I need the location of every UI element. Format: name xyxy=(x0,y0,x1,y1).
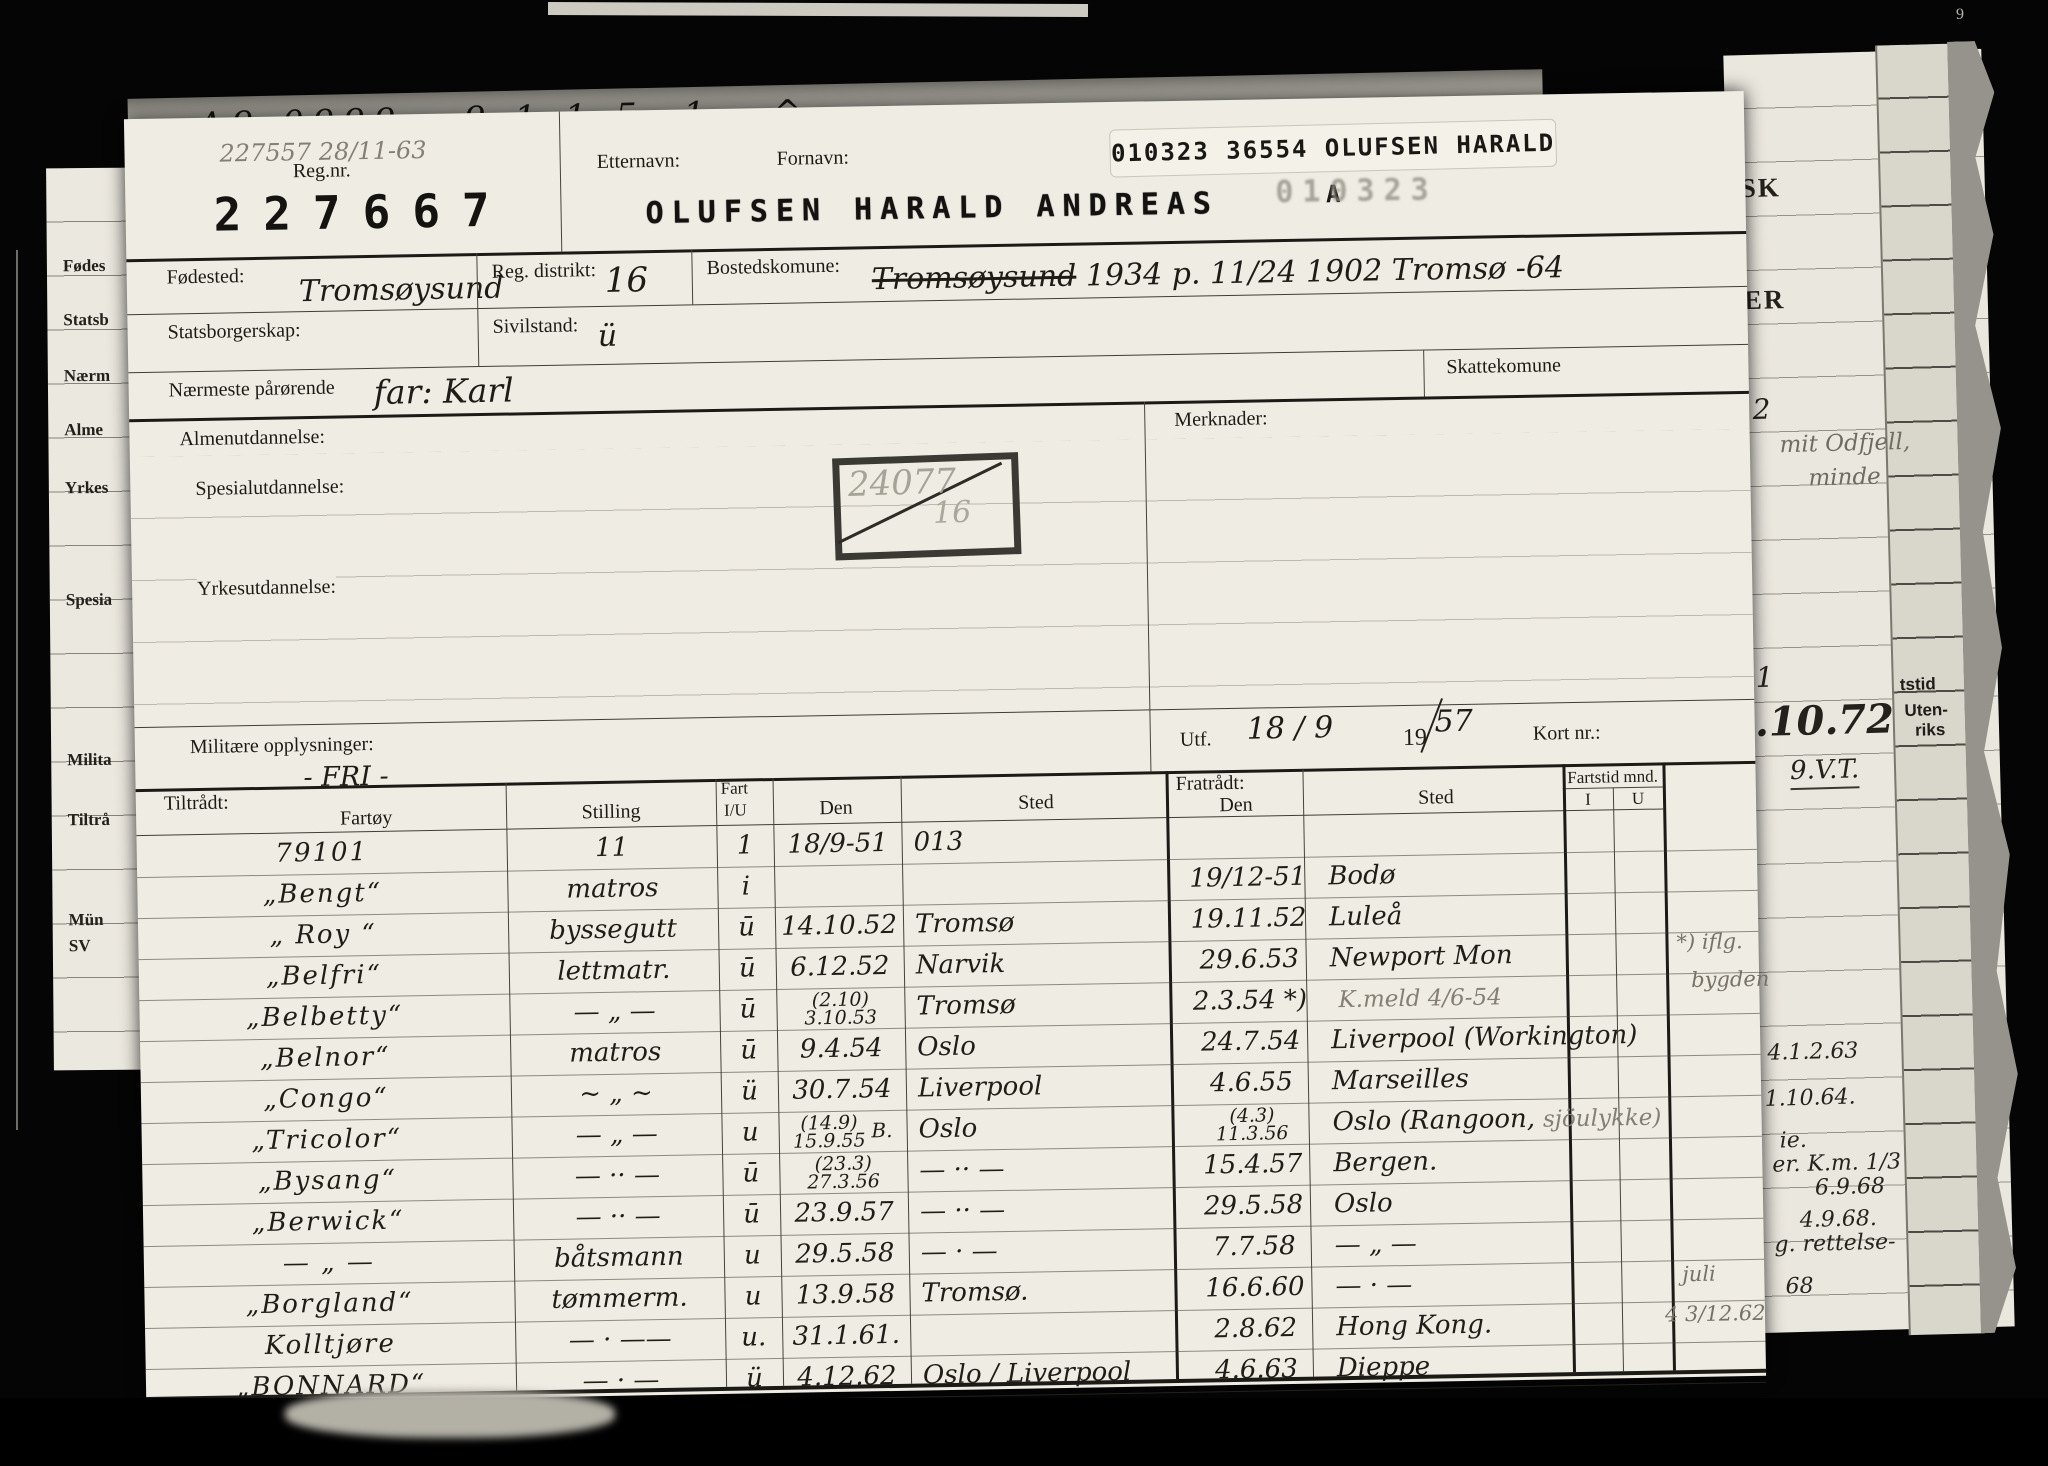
col-fartoy: Fartøy xyxy=(266,805,466,831)
cell-sted: Tromsø. xyxy=(909,1270,1187,1315)
cell-sted: Liverpool xyxy=(906,1065,1184,1110)
naermeste-label: Nærmeste pårørende xyxy=(168,377,334,403)
cell-den: 23.9.57 xyxy=(780,1193,909,1235)
cell-stilling: — ·· — xyxy=(513,1196,724,1240)
sivilstand-value: ü xyxy=(597,319,617,354)
cell-stilling: — „ — xyxy=(509,991,720,1035)
scan-artifact-blob xyxy=(285,1390,615,1438)
bostedskomune-label: Bostedskomune: xyxy=(706,255,840,280)
cell-sted: 013 xyxy=(901,819,1179,864)
cell-fartstid-i xyxy=(1590,975,1641,1016)
cell-den: 14.10.52 xyxy=(775,906,904,948)
cell-fartoy: Kolltjøre xyxy=(145,1323,516,1369)
margin-date-note: 6.9.68 xyxy=(1815,1174,1886,1201)
cell-fartstid-i xyxy=(1595,1262,1646,1303)
cell-fartstid-u xyxy=(1638,851,1689,892)
cell-fratradt-den: 2.8.62 xyxy=(1187,1308,1325,1350)
cell-fratradt-den: 29.5.58 xyxy=(1185,1185,1323,1227)
cell-fratradt-sted: — · — xyxy=(1323,1263,1596,1308)
etternavn-label: Etternavn: xyxy=(597,150,681,174)
margin-date-note: 4.1.2.63 xyxy=(1767,1038,1859,1065)
col-fart-iu: I/U xyxy=(724,800,747,820)
cell-den: 30.7.54 xyxy=(778,1070,907,1112)
col-u: U xyxy=(1613,788,1663,809)
handwritten-date: .10.72 xyxy=(1754,695,1894,746)
cell-fartstid-i xyxy=(1596,1303,1647,1344)
cell-fartstid-i xyxy=(1591,1016,1642,1057)
cell-fratradt-den: 2.3.54 *) xyxy=(1181,981,1319,1023)
page-edge-line xyxy=(16,250,18,1130)
naermeste-value: far: Karl xyxy=(373,370,514,411)
cell-fart: u xyxy=(724,1277,782,1318)
underlying-card-label: Tiltrå xyxy=(68,810,110,830)
cell-sted: Oslo xyxy=(906,1106,1184,1151)
cell-fratradt-den: 4.6.63 xyxy=(1188,1349,1326,1391)
underlying-card-right: tstidUten-riks SKER21mit Odfjell,minde.1… xyxy=(1723,49,2014,1333)
cell-den: (23.3) 27.3.56 xyxy=(779,1152,908,1194)
cell-fratradt-den: 16.6.60 xyxy=(1186,1267,1324,1309)
margin-digit: 2 xyxy=(1752,392,1771,425)
merknader-label: Merknader: xyxy=(1174,407,1268,432)
kortnr-label: Kort nr.: xyxy=(1533,722,1601,746)
cell-fartoy: „Berwick“ xyxy=(143,1200,514,1246)
cell-fartoy: „Belnor“ xyxy=(140,1036,511,1082)
cell-sted xyxy=(910,1311,1188,1356)
cell-sted: Oslo / Liverpool xyxy=(911,1352,1189,1397)
cell-fartoy: 79101 xyxy=(136,831,507,877)
cell-fratradt-den: 4.6.55 xyxy=(1183,1063,1321,1105)
cell-fratradt-sted: — „ — xyxy=(1322,1222,1595,1267)
militaere-label: Militære opplysninger: xyxy=(190,733,374,759)
cell-fart: u xyxy=(721,1113,779,1154)
reg-distrikt-value: 16 xyxy=(604,260,648,301)
voyage-table: 7910111118/9-51013„Bengt“matrosi19/12-51… xyxy=(136,809,1766,1411)
cell-fartstid-u xyxy=(1639,892,1690,933)
pencil-note-odfjell: minde xyxy=(1808,464,1881,492)
cell-fartstid-u xyxy=(1643,1138,1694,1179)
cell-sted: — ·· — xyxy=(908,1188,1186,1233)
fratradt-label: Fratrådt: xyxy=(1175,772,1244,796)
cell-den: 31.1.61. xyxy=(782,1316,911,1358)
cell-fratradt-sted: Oslo (Rangoon,sjöulykke) xyxy=(1320,1099,1593,1144)
cut-stamp-letters: SK xyxy=(1740,172,1781,204)
cell-stilling: — · —— xyxy=(515,1319,726,1363)
col-stilling: Stilling xyxy=(526,799,696,825)
margin-date-note: g. rettelse- xyxy=(1774,1229,1896,1257)
cell-stilling: — „ — xyxy=(511,1114,722,1158)
pencil-margin-note: juli xyxy=(1682,1262,1716,1287)
almen-label: Almenutdannelse: xyxy=(179,426,325,452)
cell-fratradt-sted: Dieppe xyxy=(1325,1345,1598,1390)
underlying-card-label: Spesia xyxy=(66,590,112,610)
rule xyxy=(129,391,1749,422)
col-i: I xyxy=(1563,789,1613,810)
cancelled-stamp-box: 24077 16 xyxy=(832,452,1021,560)
cell-fratradt-sted: Liverpool (Workington) xyxy=(1319,1017,1592,1062)
cell-fartstid-i xyxy=(1589,893,1640,934)
fornavn-label: Fornavn: xyxy=(777,147,850,171)
cell-den: 13.9.58 xyxy=(781,1275,910,1317)
id-stamp: 010323 36554 OLUFSEN HARALD A xyxy=(1109,119,1557,178)
cell-fartstid-u xyxy=(1642,1097,1693,1138)
cell-fratradt-den: 29.6.53 xyxy=(1180,940,1318,982)
cell-fart: ū xyxy=(723,1195,781,1236)
tiltradt-label: Tiltrådt: xyxy=(164,792,229,816)
cell-fratradt-den xyxy=(1178,817,1316,859)
cell-stilling: byssegutt xyxy=(508,909,719,953)
cell-den xyxy=(774,865,903,907)
col-fr-sted: Sted xyxy=(1366,785,1506,810)
cell-fart: ū xyxy=(720,1031,778,1072)
cell-fart: ü xyxy=(726,1359,784,1400)
paper-edge-sliver xyxy=(548,2,1088,17)
cell-fart: ū xyxy=(722,1154,780,1195)
cell-stilling: — ·· — xyxy=(512,1155,723,1199)
regnr-value-stamp: 227667 xyxy=(213,182,512,241)
cell-fratradt-den: 7.7.58 xyxy=(1185,1226,1323,1268)
cell-fart: ū xyxy=(718,949,776,990)
cell-fratradt-sted: K.meld 4/6-54 xyxy=(1318,976,1591,1021)
divider xyxy=(691,249,693,304)
utf-date: 18 / 9 xyxy=(1246,710,1333,747)
underlying-card-label: SV xyxy=(69,936,91,956)
cell-fartoy: „Tricolor“ xyxy=(141,1118,512,1164)
cell-fartstid-i xyxy=(1587,811,1638,852)
cell-fartstid-u xyxy=(1644,1179,1695,1220)
col-den: Den xyxy=(796,796,876,820)
seaman-register-card: 227557 28/11-63 Reg.nr. 227667 Etternavn… xyxy=(124,91,1766,1404)
cell-stilling: matros xyxy=(507,868,718,912)
underlying-card-label: Nærm xyxy=(64,366,110,386)
col-fart: Fart xyxy=(721,778,749,798)
cell-fartstid-u xyxy=(1637,810,1688,851)
cell-den: (14.9) 15.9.55B. xyxy=(778,1111,907,1153)
underlying-card-label: Mün xyxy=(69,910,104,930)
regnr-label: Reg.nr. xyxy=(293,159,351,183)
cell-fratradt-den: (4.3) 11.3.56 xyxy=(1183,1104,1321,1146)
cell-fartoy: „Bysang“ xyxy=(142,1159,513,1205)
cell-fart: ū xyxy=(719,990,777,1031)
strip-column-label: tstid xyxy=(1900,674,1936,695)
cell-fartstid-i xyxy=(1588,852,1639,893)
cell-fartstid-i xyxy=(1593,1139,1644,1180)
col-sted: Sted xyxy=(966,790,1106,815)
cell-den: 18/9-51 xyxy=(773,824,902,866)
cell-stilling: båtsmann xyxy=(514,1237,725,1281)
utf-year-hand: 57 xyxy=(1434,704,1473,740)
cell-sted: Tromsø xyxy=(903,901,1181,946)
cell-fartstid-i xyxy=(1589,934,1640,975)
pencil-note-odfjell: mit Odfjell, xyxy=(1779,429,1910,458)
margin-date-note: ie. xyxy=(1779,1128,1807,1154)
cell-stilling: matros xyxy=(510,1032,721,1076)
cell-stilling: 11 xyxy=(506,827,717,871)
cell-den: 6.12.52 xyxy=(775,947,904,989)
strip-column-label: Uten- xyxy=(1904,700,1948,721)
cell-fartstid-u xyxy=(1644,1220,1695,1261)
cell-fartoy: „Borgland“ xyxy=(144,1282,515,1328)
header-divider xyxy=(559,112,562,252)
cell-fartstid-u xyxy=(1641,1015,1692,1056)
margin-digit: 1 xyxy=(1755,661,1774,694)
cell-fartstid-u xyxy=(1647,1343,1698,1384)
pencil-margin-note: bygden xyxy=(1691,967,1770,992)
cell-fartoy: — „ — xyxy=(144,1241,515,1287)
cell-sted: Narvik xyxy=(903,942,1181,987)
cell-fart: u. xyxy=(725,1318,783,1359)
cell-den: 4.12.62 xyxy=(783,1357,912,1399)
cell-den: 29.5.58 xyxy=(780,1234,909,1276)
cell-fartstid-u xyxy=(1640,974,1691,1015)
divider xyxy=(1423,350,1425,397)
cell-fratradt-sted: Luleå xyxy=(1317,894,1590,939)
margin-date-note: 4.9.68. xyxy=(1800,1206,1878,1233)
cell-fratradt-den: 19.11.52 xyxy=(1180,899,1318,941)
cell-sted: — · — xyxy=(908,1229,1186,1274)
cell-fart: 1 xyxy=(716,826,774,867)
cell-sted: Oslo xyxy=(905,1024,1183,1069)
cell-den: (2.10) 3.10.53 xyxy=(776,988,905,1030)
underlying-card-label: Fødes xyxy=(63,256,106,276)
cell-fartoy: „Bengt“ xyxy=(137,872,508,918)
cell-sted: Tromsø xyxy=(904,983,1182,1028)
name-stamp: OLUFSEN HARALD ANDREAS xyxy=(645,186,1219,231)
skattekomune-label: Skattekomune xyxy=(1446,354,1561,379)
handwritten-initials: 9.V.T. xyxy=(1790,754,1860,790)
cell-fartstid-i xyxy=(1592,1057,1643,1098)
cell-fartstid-i xyxy=(1594,1221,1645,1262)
cell-fratradt-den: 15.4.57 xyxy=(1184,1144,1322,1186)
cell-fart: ü xyxy=(721,1072,779,1113)
cell-fart: ū xyxy=(718,908,776,949)
cell-den: 9.4.54 xyxy=(777,1029,906,1071)
col-fr-den: Den xyxy=(1186,793,1286,818)
cell-fartoy: „Congo“ xyxy=(141,1077,512,1123)
cell-fratradt-sted xyxy=(1315,812,1588,857)
divider xyxy=(476,253,479,366)
cell-fratradt-den: 19/12-51 xyxy=(1179,858,1317,900)
cell-fart: u xyxy=(724,1236,782,1277)
fodested-value: Tromsøysund xyxy=(299,271,504,310)
utf-label: Utf. xyxy=(1180,728,1212,752)
cell-fartstid-i xyxy=(1594,1180,1645,1221)
cell-sted: — ·· — xyxy=(907,1147,1185,1192)
margin-date-note: 68 xyxy=(1785,1274,1814,1300)
underlying-card-label: Statsb xyxy=(63,310,109,330)
cell-stilling: tømmerm. xyxy=(514,1278,725,1322)
cell-fartoy: „ Roy “ xyxy=(138,913,509,959)
cell-fratradt-sted: Newport Mon xyxy=(1317,935,1590,980)
stamp-box-number2: 16 xyxy=(932,495,971,531)
cell-fartoy: „Belfri“ xyxy=(139,954,510,1000)
pencil-margin-note: *) iflg. xyxy=(1676,929,1743,954)
cell-fartstid-i xyxy=(1597,1344,1648,1385)
cell-sted xyxy=(902,860,1180,905)
cell-fartstid-u xyxy=(1642,1056,1693,1097)
col-fartstid: Fartstid mnd. xyxy=(1562,766,1662,788)
scanned-register-card-page: A9 0999 · 9 1 1 5~1 · ^ · · · · FødesSta… xyxy=(0,0,2048,1466)
cell-fart: i xyxy=(717,867,775,908)
pencil-margin-note: 4 3/12.62 xyxy=(1665,1301,1766,1327)
underlying-card-label: Alme xyxy=(64,420,103,440)
cell-fartstid-i xyxy=(1592,1098,1643,1139)
cell-fratradt-sted: Bodø xyxy=(1316,853,1589,898)
cell-fratradt-sted: Bergen. xyxy=(1321,1140,1594,1185)
cell-fratradt-sted: Marseilles xyxy=(1320,1058,1593,1103)
cell-fratradt-sted: Hong Kong. xyxy=(1324,1304,1597,1349)
bostedskomune-struck: Tromsøysund xyxy=(872,259,1077,298)
fodested-label: Fødested: xyxy=(166,265,244,289)
strip-column-label: riks xyxy=(1915,720,1946,741)
id-stamp-faint: 010323 xyxy=(1275,172,1438,210)
margin-date-note: 1.10.64. xyxy=(1764,1084,1856,1111)
cell-fratradt-sted: Oslo xyxy=(1322,1181,1595,1226)
reg-distrikt-label: Reg. distrikt: xyxy=(491,259,596,284)
statsborgerskap-label: Statsborgerskap: xyxy=(167,319,300,344)
cell-stilling: lettmatr. xyxy=(509,950,720,994)
underlying-card-label: Yrkes xyxy=(65,478,109,498)
yrkes-label: Yrkesutdannelse: xyxy=(197,576,336,601)
cut-stamp-letters: ER xyxy=(1743,284,1785,316)
sivilstand-label: Sivilstand: xyxy=(492,314,578,338)
underlying-card-label: Milita xyxy=(67,750,112,770)
page-number: 9 xyxy=(1956,6,1964,24)
cell-fartoy: „Belbetty“ xyxy=(139,995,510,1041)
cell-stilling: ~ „ ~ xyxy=(511,1073,722,1117)
spesial-label: Spesialutdannelse: xyxy=(195,475,344,501)
bostedskomune-rest: 1934 p. 11/24 1902 Tromsø -64 xyxy=(1086,250,1565,293)
cell-fratradt-den: 24.7.54 xyxy=(1182,1022,1320,1064)
